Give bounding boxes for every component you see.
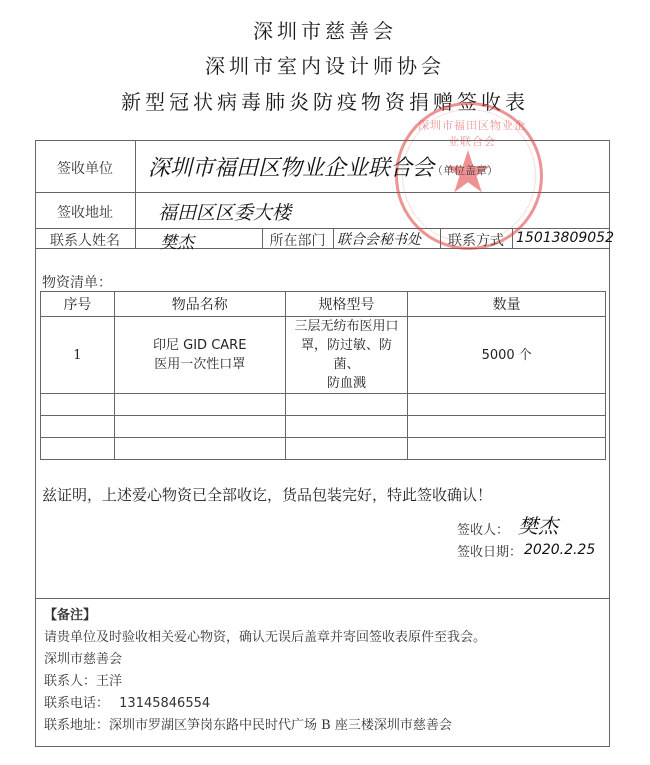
signer-label: 签收人： (457, 519, 509, 538)
notes-phone: 联系电话： 13145846554 (44, 692, 210, 711)
unit-value: 深圳市福田区物业企业联合会 (148, 151, 434, 182)
notes-divider (35, 598, 610, 599)
notes-address: 联系地址：深圳市罗湖区笋岗东路中民时代广场 B 座三楼深圳市慈善会 (44, 714, 452, 733)
address-label: 签收地址 (35, 202, 135, 222)
contact-name-value: 樊杰 (160, 228, 194, 253)
cell-spec: 三层无纺布医用口 罩，防过敏、防菌、 防血溅 (285, 317, 408, 394)
table-row-empty (41, 438, 606, 460)
cell-no: 1 (41, 317, 115, 394)
address-value: 福田区区委大楼 (158, 198, 291, 225)
spec-line-3: 防血溅 (290, 374, 404, 393)
spec-line-2: 罩，防过敏、防菌、 (290, 336, 404, 374)
date-label: 签收日期： (457, 541, 522, 560)
table-row-empty (41, 416, 606, 438)
unit-stamp-hint: （单位盖章） (432, 162, 498, 178)
department-value: 联合会秘书处 (337, 229, 421, 249)
header-no: 序号 (41, 292, 115, 317)
item-name-line-2: 医用一次性口罩 (119, 355, 281, 374)
header-spec: 规格型号 (285, 292, 408, 317)
header-quantity: 数量 (408, 292, 606, 317)
cell-quantity: 5000 个 (408, 317, 606, 394)
signer-signature: 樊杰 (518, 510, 558, 539)
notes-contact-person: 联系人：王洋 (44, 670, 122, 689)
cell-item-name: 印尼 GID CARE 医用一次性口罩 (114, 317, 285, 394)
spec-line-1: 三层无纺布医用口 (290, 317, 404, 336)
row-divider (35, 228, 610, 229)
notes-heading: 【备注】 (44, 604, 96, 623)
notes-line-1: 请贵单位及时验收相关爱心物资，确认无误后盖章并寄回签收表原件至我会。 (44, 626, 486, 645)
col-divider (135, 140, 136, 248)
unit-label: 签收单位 (35, 158, 135, 178)
contact-name-label: 联系人姓名 (37, 230, 133, 250)
contact-method-value: 15013809052 (516, 230, 614, 246)
confirmation-statement: 兹证明，上述爱心物资已全部收讫，货品包装完好，特此签收确认！ (42, 484, 492, 505)
items-table: 序号 物品名称 规格型号 数量 1 印尼 GID CARE 医用一次性口罩 三层… (40, 291, 606, 460)
phone-value: 13145846554 (119, 696, 210, 711)
col-divider (333, 228, 334, 248)
form-title: 新型冠状病毒肺炎防疫物资捐赠签收表 (0, 86, 650, 115)
item-name-line-1: 印尼 GID CARE (119, 336, 281, 355)
date-value: 2020.2.25 (524, 542, 595, 558)
phone-label: 联系电话： (44, 696, 109, 711)
seal-text: 深圳市福田区物业企业联合会 (416, 117, 528, 149)
title-line-1: 深圳市慈善会 (0, 15, 650, 44)
notes-org: 深圳市慈善会 (44, 648, 122, 667)
table-row-empty (41, 394, 606, 416)
items-section-label: 物资清单： (42, 272, 112, 292)
header-item-name: 物品名称 (114, 292, 285, 317)
contact-method-label: 联系方式 (440, 230, 512, 250)
table-row: 1 印尼 GID CARE 医用一次性口罩 三层无纺布医用口 罩，防过敏、防菌、… (41, 317, 606, 394)
title-line-2: 深圳市室内设计师协会 (0, 50, 650, 79)
table-header-row: 序号 物品名称 规格型号 数量 (41, 292, 606, 317)
department-label: 所在部门 (262, 230, 333, 250)
